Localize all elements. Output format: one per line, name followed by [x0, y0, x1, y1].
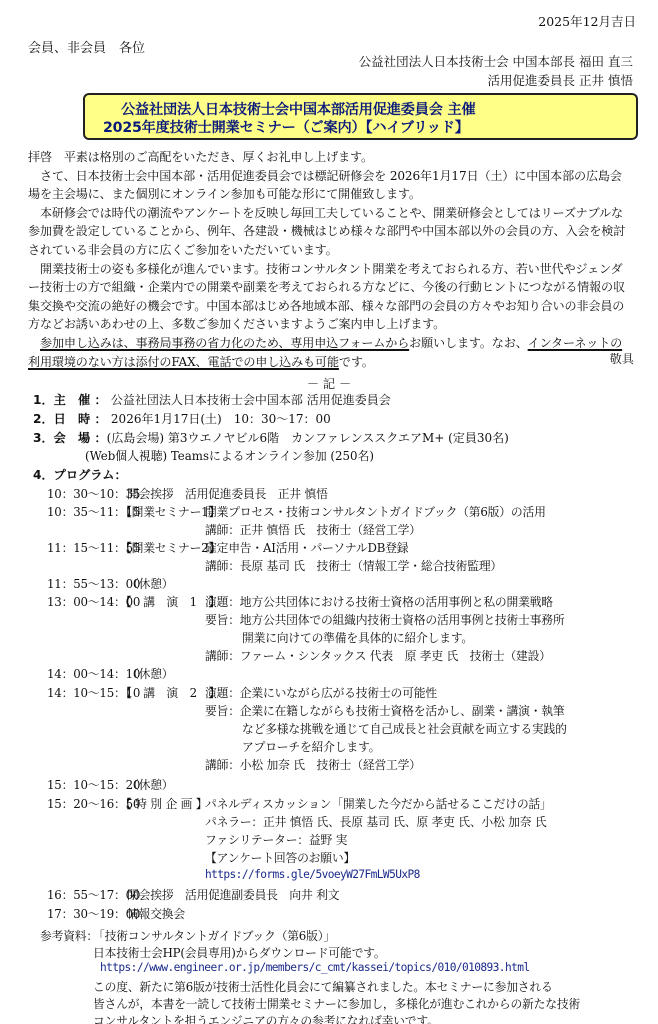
title-line-2: 2025年度技術士開業セミナー（ご案内）【ハイブリッド】 [103, 117, 469, 137]
program-session: 閉会挨拶 活用促進副委員長 向井 利文 [127, 886, 339, 903]
item-value: 公益社団法人日本技術士会中国本部 活用促進委員会 [111, 393, 391, 407]
body-line: 場を主会場に、また個別にオンライン参加も可能な形にて開催致します。 [28, 185, 640, 204]
survey-link[interactable]: https://forms.gle/5voeyW27FmLW5UxP8 [205, 868, 420, 881]
program-detail: など多様な挑戦を通じて自己成長と社会貢献を両立する実践的 [242, 720, 567, 737]
body-line: 本研修会では時代の潮流やアンケートを反映し毎回工夫していることや、開業研修会とし… [28, 204, 640, 223]
reference-text: 皆さんが，本書を一読して技術士開業セミナーに参加し，多様化が進むこれからの新たな… [93, 995, 580, 1012]
item-value: 2026年1月17日(土) 10：30～17：00 [111, 412, 331, 426]
body-line: 集交換や交流の絶好の機会です。中国本部はじめ各地域本部、様々な部門の会員の方々や… [28, 297, 640, 316]
notice-underlined: インターネットの [528, 336, 622, 350]
body-line: 参加費を設定していることから、例年、各建設・機械はじめ様々な部門や中国本部以外の… [28, 222, 640, 241]
reference-download: 日本技術士会HP(会員専用)からダウンロード可能です。 [93, 944, 385, 961]
body-text: 拝啓 平素は格別のご高配をいただき、厚くお礼申し上げます。 さて、日本技術士会中… [28, 148, 640, 371]
notice-text: です。 [339, 355, 374, 369]
program-detail: 要旨：企業に在籍しながらも技術士資格を活かし、副業・講演・執筆 [205, 702, 565, 719]
item-program: 4．プログラム： [33, 466, 127, 483]
survey-request: 【アンケート回答のお願い】 [205, 849, 355, 866]
item-label: 2．日 時 ： [33, 412, 107, 426]
sender-line-2: 活用促進委員長 正井 慎悟 [488, 71, 633, 89]
program-detail: パネラー：正井 慎悟 氏、長原 基司 氏、原 孝吏 氏、小松 加奈 氏 [205, 813, 547, 830]
program-detail: 演題：地方公共団体における技術士資格の活用事例と私の開業戦略 [205, 593, 553, 610]
program-detail: 演題：企業にいながら広がる技術士の可能性 [205, 684, 437, 701]
program-detail: 開業に向けての準備を具体的に紹介します。 [242, 629, 473, 646]
title-line-1: 公益社団法人日本技術士会中国本部活用促進委員会 主催 [121, 99, 475, 119]
reference-link[interactable]: https://www.engineer.or.jp/members/c_cmt… [100, 961, 529, 974]
body-line: 開業技術士の姿も多様化が進んでいます。技術コンサルタント開業を考えておられる方、… [28, 260, 640, 279]
program-detail: 講師：正井 慎悟 氏 技術士（経営工学） [205, 521, 421, 538]
notice-underlined: 参加申し込みは、事務局事務の省力化のため、専用申込フォームから [40, 336, 409, 350]
reference-text: この度、新たに第6版が技術士活性化員会にて編纂されました。本セミナーに参加される [93, 978, 553, 995]
item-label: 3．会 場 ： [33, 431, 107, 445]
closing-keigu: 敬具 [610, 350, 634, 367]
notice-line: 参加申し込みは、事務局事務の省力化のため、専用申込フォームからお願いします。なお… [28, 334, 640, 353]
reference-label: 参考資料： [40, 927, 98, 944]
program-session: 開会挨拶 活用促進委員長 正井 慎悟 [127, 485, 328, 502]
program-detail: 確定申告・AI活用・パーソナルDB登録 [205, 539, 408, 556]
notice-line: 利用環境のない方は添付のFAX、電話での申し込みも可能です。 [28, 353, 640, 372]
item-value: (広島会場) 第3ウエノヤビル6階 カンファレンススクエアM+ (定員30名) [107, 431, 509, 445]
document-date: 2025年12月吉日 [538, 12, 636, 30]
greeting-line: 拝啓 平素は格別のご高配をいただき、厚くお礼申し上げます。 [28, 148, 640, 167]
program-detail: 講師：ファーム・シンタックス 代表 原 孝吏 氏 技術士（建設） [205, 647, 551, 664]
item-venue: 3．会 場 ：(広島会場) 第3ウエノヤビル6階 カンファレンススクエアM+ (… [33, 429, 509, 446]
program-detail: アプローチを紹介します。 [242, 738, 380, 755]
program-session: （休憩） [127, 776, 173, 793]
reference-title: 「技術コンサルタントガイドブック（第6版）」 [93, 927, 335, 944]
program-detail: パネルディスカッション「開業した今だから話せるここだけの話」 [205, 795, 552, 812]
program-detail: 講師：小松 加奈 氏 技術士（経営工学） [205, 756, 421, 773]
item-datetime: 2．日 時 ： 2026年1月17日(土) 10：30～17：00 [33, 410, 331, 427]
item-label: 1．主 催 ： [33, 393, 107, 407]
sender-line-1: 公益社団法人日本技術士会 中国本部長 福田 直三 [359, 52, 633, 70]
title-banner: 公益社団法人日本技術士会中国本部活用促進委員会 主催 2025年度技術士開業セミ… [83, 93, 638, 140]
body-line: さて、日本技術士会中国本部・活用促進委員会では標記研修会を 2026年1月17日… [28, 167, 640, 186]
program-detail: 講師：長原 基司 氏 技術士（情報工学・総合技術監理） [205, 557, 502, 574]
program-detail: ファシリテーター：益野 実 [205, 831, 347, 848]
notice-text: お願いします。なお、 [409, 336, 527, 350]
program-session: 情報交換会 [127, 905, 185, 922]
ki-heading: － 記 － [0, 375, 658, 392]
body-line: 方などお誘いあわせの上、多数ご参加くださいますようご案内申し上げます。 [28, 315, 640, 334]
body-line: ー技術士の方で組織・企業内での開業や副業を考えておられる方などに、今後の行動ヒン… [28, 278, 640, 297]
body-line: されている非会員の方に広くご参加をいただいています。 [28, 241, 640, 260]
addressee: 会員、非会員 各位 [28, 37, 145, 56]
item-host: 1．主 催 ： 公益社団法人日本技術士会中国本部 活用促進委員会 [33, 391, 391, 408]
program-session: （休憩） [127, 575, 173, 592]
item-venue-online: (Web個人視聴) Teamsによるオンライン参加 (250名) [85, 447, 374, 464]
program-detail: 開業プロセス・技術コンサルタントガイドブック（第6版）の活用 [205, 503, 546, 520]
program-session: 【 特 別 企 画 】 [120, 795, 207, 812]
program-session: （休憩） [127, 665, 173, 682]
reference-text: コンサルタントを担うエンジニアの方々の参考になれば幸いです。 [93, 1012, 439, 1024]
program-detail: 要旨：地方公共団体での組織内技術士資格の活用事例と技術士事務所 [205, 611, 565, 628]
notice-underlined: 利用環境のない方は添付のFAX、電話での申し込みも可能 [28, 355, 339, 369]
